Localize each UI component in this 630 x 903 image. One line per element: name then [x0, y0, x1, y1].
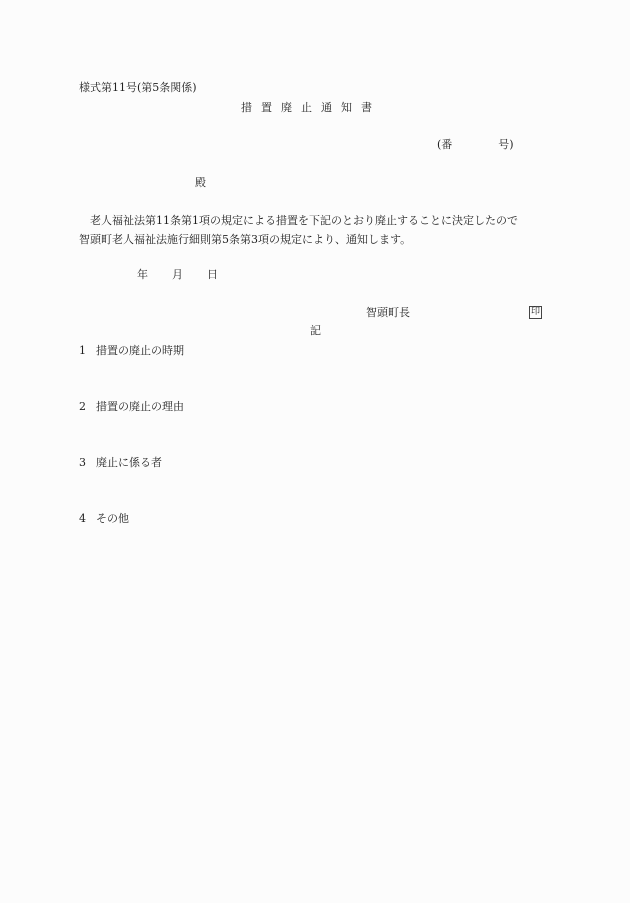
- list-item: 1措置の廃止の時期: [79, 345, 184, 356]
- body-line-1: 老人福祉法第11条第1項の規定による措置を下記のとおり廃止することに決定したので: [79, 211, 559, 230]
- date-month: 月: [172, 269, 207, 280]
- item-number: 4: [79, 513, 96, 524]
- item-number: 3: [79, 457, 96, 468]
- list-item: 4その他: [79, 513, 129, 524]
- ki-heading: 記: [310, 325, 321, 336]
- item-number: 2: [79, 401, 96, 412]
- date-day: 日: [207, 269, 218, 280]
- body-text: 老人福祉法第11条第1項の規定による措置を下記のとおり廃止することに決定したので…: [79, 211, 559, 249]
- document-title: 措置廃止通知書: [241, 102, 381, 113]
- addressee-honorific: 殿: [195, 177, 206, 188]
- item-label: その他: [96, 512, 129, 525]
- item-label: 措置の廃止の理由: [96, 400, 184, 413]
- date-line: 年月日: [137, 269, 218, 280]
- item-label: 措置の廃止の時期: [96, 344, 184, 357]
- issuer-name: 智頭町長: [366, 307, 410, 318]
- reference-number-close: 号): [498, 138, 513, 151]
- item-label: 廃止に係る者: [96, 456, 162, 469]
- reference-number: (番号): [437, 139, 514, 150]
- list-item: 2措置の廃止の理由: [79, 401, 184, 412]
- date-year: 年: [137, 269, 172, 280]
- seal-icon: 印: [529, 306, 542, 319]
- body-line-2: 智頭町老人福祉法施行細則第5条第3項の規定により、通知します。: [79, 230, 559, 249]
- item-number: 1: [79, 345, 96, 356]
- reference-number-open: (番: [437, 138, 452, 151]
- form-number: 様式第11号(第5条関係): [79, 82, 197, 93]
- list-item: 3廃止に係る者: [79, 457, 162, 468]
